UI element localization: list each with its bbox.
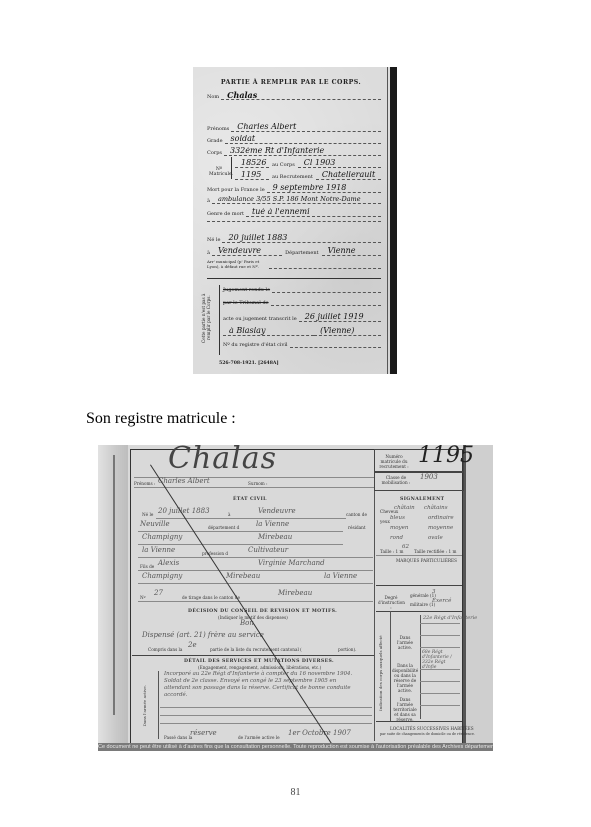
field-mort-pour-la-france: Mort pour la France le 9 septembre 1918 <box>207 184 381 193</box>
death-card-scan: PARTIE À REMPLIR PAR LE CORPS. Nom Chala… <box>193 67 397 374</box>
field-corps: Corps 332ème Rt d'Infanterie <box>207 147 381 156</box>
matricule-label: Nº Matricule. <box>209 167 229 177</box>
death-card: PARTIE À REMPLIR PAR LE CORPS. Nom Chala… <box>197 71 385 370</box>
field-prenoms: Prénoms Charles Albert <box>207 123 381 132</box>
field-matricule-corps: 18526 au Corps Cl 1903 <box>235 159 381 168</box>
judgment-line-1: Jugement rendu le <box>223 287 381 293</box>
archive-watermark: Ce document ne peut être utilisé à d'aut… <box>98 743 493 751</box>
field-grade: Grade soldat <box>207 135 381 144</box>
section-divider <box>207 278 381 279</box>
registry-classe: 1903 <box>420 473 438 481</box>
page-number: 81 <box>0 787 591 798</box>
scan-inner-edge <box>387 67 388 374</box>
side-note: Cette partie n'est pas à remplir par le … <box>201 289 215 347</box>
registry-surname: Chalas <box>168 445 277 476</box>
field-ne-a: à Vendeuvre Département Vienne <box>207 247 381 256</box>
card-footer-code: 526-708-1921. [2648A] <box>219 361 279 366</box>
judgment-registre: Nº du registre d'état civil <box>223 342 381 348</box>
etat-civil-title: ÉTAT CIVIL <box>233 497 267 502</box>
blank-line <box>207 221 381 222</box>
matricule-brace <box>231 157 232 179</box>
decision-title: DÉCISION DU CONSEIL DE REVISION ET MOTIF… <box>188 609 337 614</box>
field-matricule-recrutement: 1195 au Recrutement Chatellerault <box>235 171 381 180</box>
field-genre-mort: Genre de mort tué à l'ennemi <box>207 208 381 217</box>
signalement-title: SIGNALEMENT <box>400 497 445 502</box>
localites-title: LOCALITÉS SUCCESSIVES HABITÉES <box>390 726 474 731</box>
field-ne-le: Né le 20 juillet 1883 <box>207 234 381 243</box>
caption: Son registre matricule : <box>86 410 236 428</box>
judgment-line-4: à Blaslay (Vienne) <box>223 327 381 336</box>
registry-page: Chalas Prénoms : Charles Albert Surnom :… <box>128 445 463 745</box>
services-title: DÉTAIL DES SERVICES ET MUTATIONS DIVERSE… <box>184 659 334 664</box>
registry-scan: Chalas Prénoms : Charles Albert Surnom :… <box>98 445 493 751</box>
scan-edge <box>390 67 397 374</box>
services-text: Incorporé au 22e Régt d'Infanterie à com… <box>164 671 364 699</box>
scan-right-margin <box>463 445 493 751</box>
registry-prenoms: Charles Albert <box>158 477 210 485</box>
judgment-line-3: acte ou jugement transcrit le 26 juillet… <box>223 313 381 322</box>
judgment-brace <box>219 285 220 355</box>
card-header: PARTIE À REMPLIR PAR LE CORPS. <box>197 79 385 86</box>
field-arrondissement: Arr' municipal (p' Paris et Lyon), à déf… <box>207 259 381 269</box>
field-nom: Nom Chalas <box>207 91 381 100</box>
marques-title: MARQUES PARTICULIÈRES <box>396 558 457 563</box>
judgment-line-2: par le Tribunal de <box>223 300 381 306</box>
registry-matricule-number: 1195 <box>418 445 474 468</box>
field-lieu-mort: à ambulance 3/55 S.P. 186 Mont Notre-Dam… <box>207 196 381 204</box>
scan-left-margin <box>98 445 128 751</box>
